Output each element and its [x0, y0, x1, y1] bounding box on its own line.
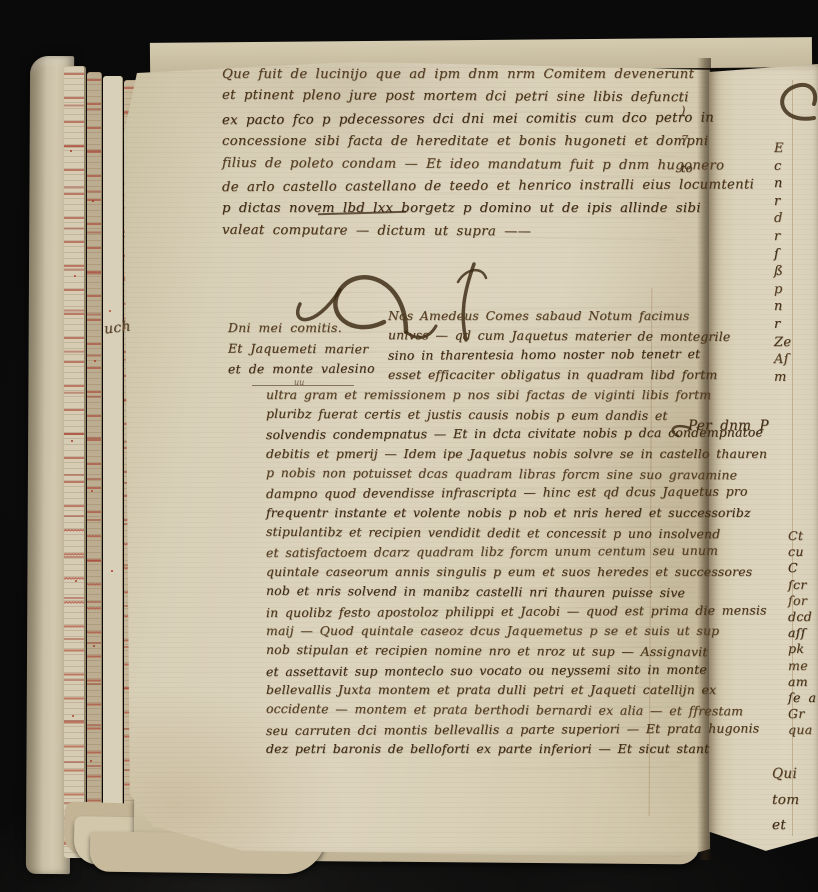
facing-page-lower-fragments: CtcuCſcrſordcdaſſpkmeamſe aGrqua [788, 528, 818, 739]
manuscript-fragment: n [774, 298, 818, 316]
page-edge-strip [64, 66, 86, 858]
manuscript-fragment: et [772, 813, 818, 839]
manuscript-fragment: r [774, 193, 818, 211]
manuscript-line: et satisfactoem dcarz quadram libz forcm… [266, 541, 680, 563]
manuscript-fragment: n [774, 175, 818, 193]
manuscript-fragment: ſor [788, 593, 818, 609]
manuscript-fragment: 7 [681, 125, 703, 154]
manuscript-fragment: ſe a [788, 690, 818, 706]
manuscript-line: Que fuit de lucinijo que ad ipm dnm nrm … [222, 64, 674, 86]
manuscript-fragment: ſ [774, 246, 818, 264]
manuscript-line: bellevallis Juxta montem et prata dulli … [266, 680, 680, 700]
manuscript-line: p nobis non potuisset dcas quadram libra… [266, 463, 680, 485]
page-edge-strip [103, 76, 123, 866]
manuscript-line: frequentr instante et volente nobis p no… [266, 503, 680, 523]
manuscript-line: de arlo castello castellano de teedo et … [222, 175, 674, 200]
manuscript-fragment: me [788, 658, 818, 674]
manuscript-fragment: Aſ [774, 351, 818, 369]
manuscript-fragment: p [774, 281, 818, 299]
manuscript-fragment: d [774, 210, 818, 228]
manuscript-line: quintale caseorum annis singulis p eum e… [266, 562, 680, 582]
manuscript-fragment: Ze [774, 333, 818, 351]
manuscript-fragment: to [681, 154, 703, 183]
manuscript-fragment: m [774, 369, 818, 387]
manuscript-line: debitis et pmerij — Idem ipe Jaquetus no… [266, 444, 680, 464]
facing-page-top-fragments: EcnrdrſßpnrZeAſm [774, 140, 818, 386]
manuscript-fragment: ß [774, 263, 818, 281]
manuscript-fragment: E [774, 140, 818, 158]
manuscript-line: solvendis condempnatus — Et in dcta civi… [266, 423, 680, 445]
manuscript-line: maij — Quod quintale caseoz dcus Jaqueme… [266, 621, 680, 641]
manuscript-fragment: Gr [788, 706, 818, 722]
manuscript-line: ex pacto fco p pdecessores dci dni mei c… [222, 108, 674, 133]
page-edge-strip [87, 72, 102, 862]
manuscript-line: valeat computare — dictum ut supra —— [222, 220, 674, 245]
manuscript-fragment: dcd [788, 609, 818, 625]
manuscript-fragment: cu [788, 544, 818, 560]
manuscript-fragment: c [774, 157, 818, 175]
manuscript-line: filius de poleto condam — Et ideo mandat… [222, 152, 674, 177]
entry-main-opening-lines: Nos Amedeus Comes sabaud Notum facimusun… [266, 306, 680, 385]
manuscript-line: concessione sibi facta de hereditate et … [222, 131, 674, 153]
left-margin-note: uch [103, 318, 132, 337]
manuscript-line: univss — qd cum Jaquetus materier de mon… [388, 325, 680, 346]
heading-swash [666, 420, 692, 442]
manuscript-line: seu carruten dci montis bellevallis a pa… [266, 719, 680, 741]
manuscript-fragment: r [774, 228, 818, 246]
entry-top-text: Que fuit de lucinijo que ad ipm dnm nrm … [222, 64, 674, 243]
manuscript-line: nob et nris solvend in manibz castelli n… [266, 581, 680, 603]
manuscript-line: ultra gram et remissionem p nos sibi fac… [266, 385, 680, 405]
manuscript-line: stipulantibz et recipien vendidit dedit … [266, 522, 680, 544]
manuscript-fragment: tom [772, 787, 818, 813]
manuscript-fragment: ) [681, 96, 703, 125]
red-speckles [64, 60, 66, 62]
manuscript-fragment: Qui [772, 762, 818, 788]
manuscript-line: sino in tharentesia homo noster nob tene… [388, 345, 680, 366]
manuscript-fragment: am [788, 674, 818, 690]
manuscript-line: occidente — montem et prata berthodi ber… [266, 699, 680, 721]
entry-main-body-lines: ultra gram et remissionem p nos sibi fac… [266, 385, 680, 759]
manuscript-line: et assettavit sup monteclo suo vocato ou… [266, 660, 680, 682]
gutter-marks: )7to [681, 96, 703, 183]
heading-text: Per dnm P [688, 418, 769, 434]
manuscript-line: pluribz fuerat certis et justis causis n… [266, 403, 680, 425]
manuscript-line: dampno quod devendisse infrascripta — hi… [266, 482, 680, 504]
manuscript-fragment: pk [788, 641, 818, 657]
manuscript-fragment: ſcr [788, 577, 818, 593]
manuscript-fragment: C [788, 560, 818, 576]
manuscript-line: p dictas novem lbd lxx borgetz p domino … [222, 198, 674, 220]
manuscript-line: et ptinent pleno jure post mortem dci pe… [222, 85, 674, 110]
manuscript-line: esset efficaciter obligatus in quadram l… [388, 365, 680, 385]
entry-main-text: Nos Amedeus Comes sabaud Notum facimusun… [266, 306, 680, 759]
facing-page-heading: Per dnm P [688, 418, 818, 434]
manuscript-fragment: aſſ [788, 625, 818, 641]
manuscript-photo: Que fuit de lucinijo que ad ipm dnm nrm … [0, 0, 818, 892]
manuscript-line: Nos Amedeus Comes sabaud Notum facimus [388, 306, 680, 326]
manuscript-fragment: qua [788, 722, 818, 738]
facing-page-bottom-fragments: Quitomet [772, 762, 818, 839]
manuscript-fragment: Ct [788, 528, 818, 544]
manuscript-line: in quolibz festo apostoloz philippi et J… [266, 600, 680, 622]
manuscript-line: nob stipulan et recipien nomine nro et n… [266, 640, 680, 662]
manuscript-fragment: r [774, 316, 818, 334]
manuscript-line: dez petri baronis de belloforti ex parte… [266, 739, 680, 759]
